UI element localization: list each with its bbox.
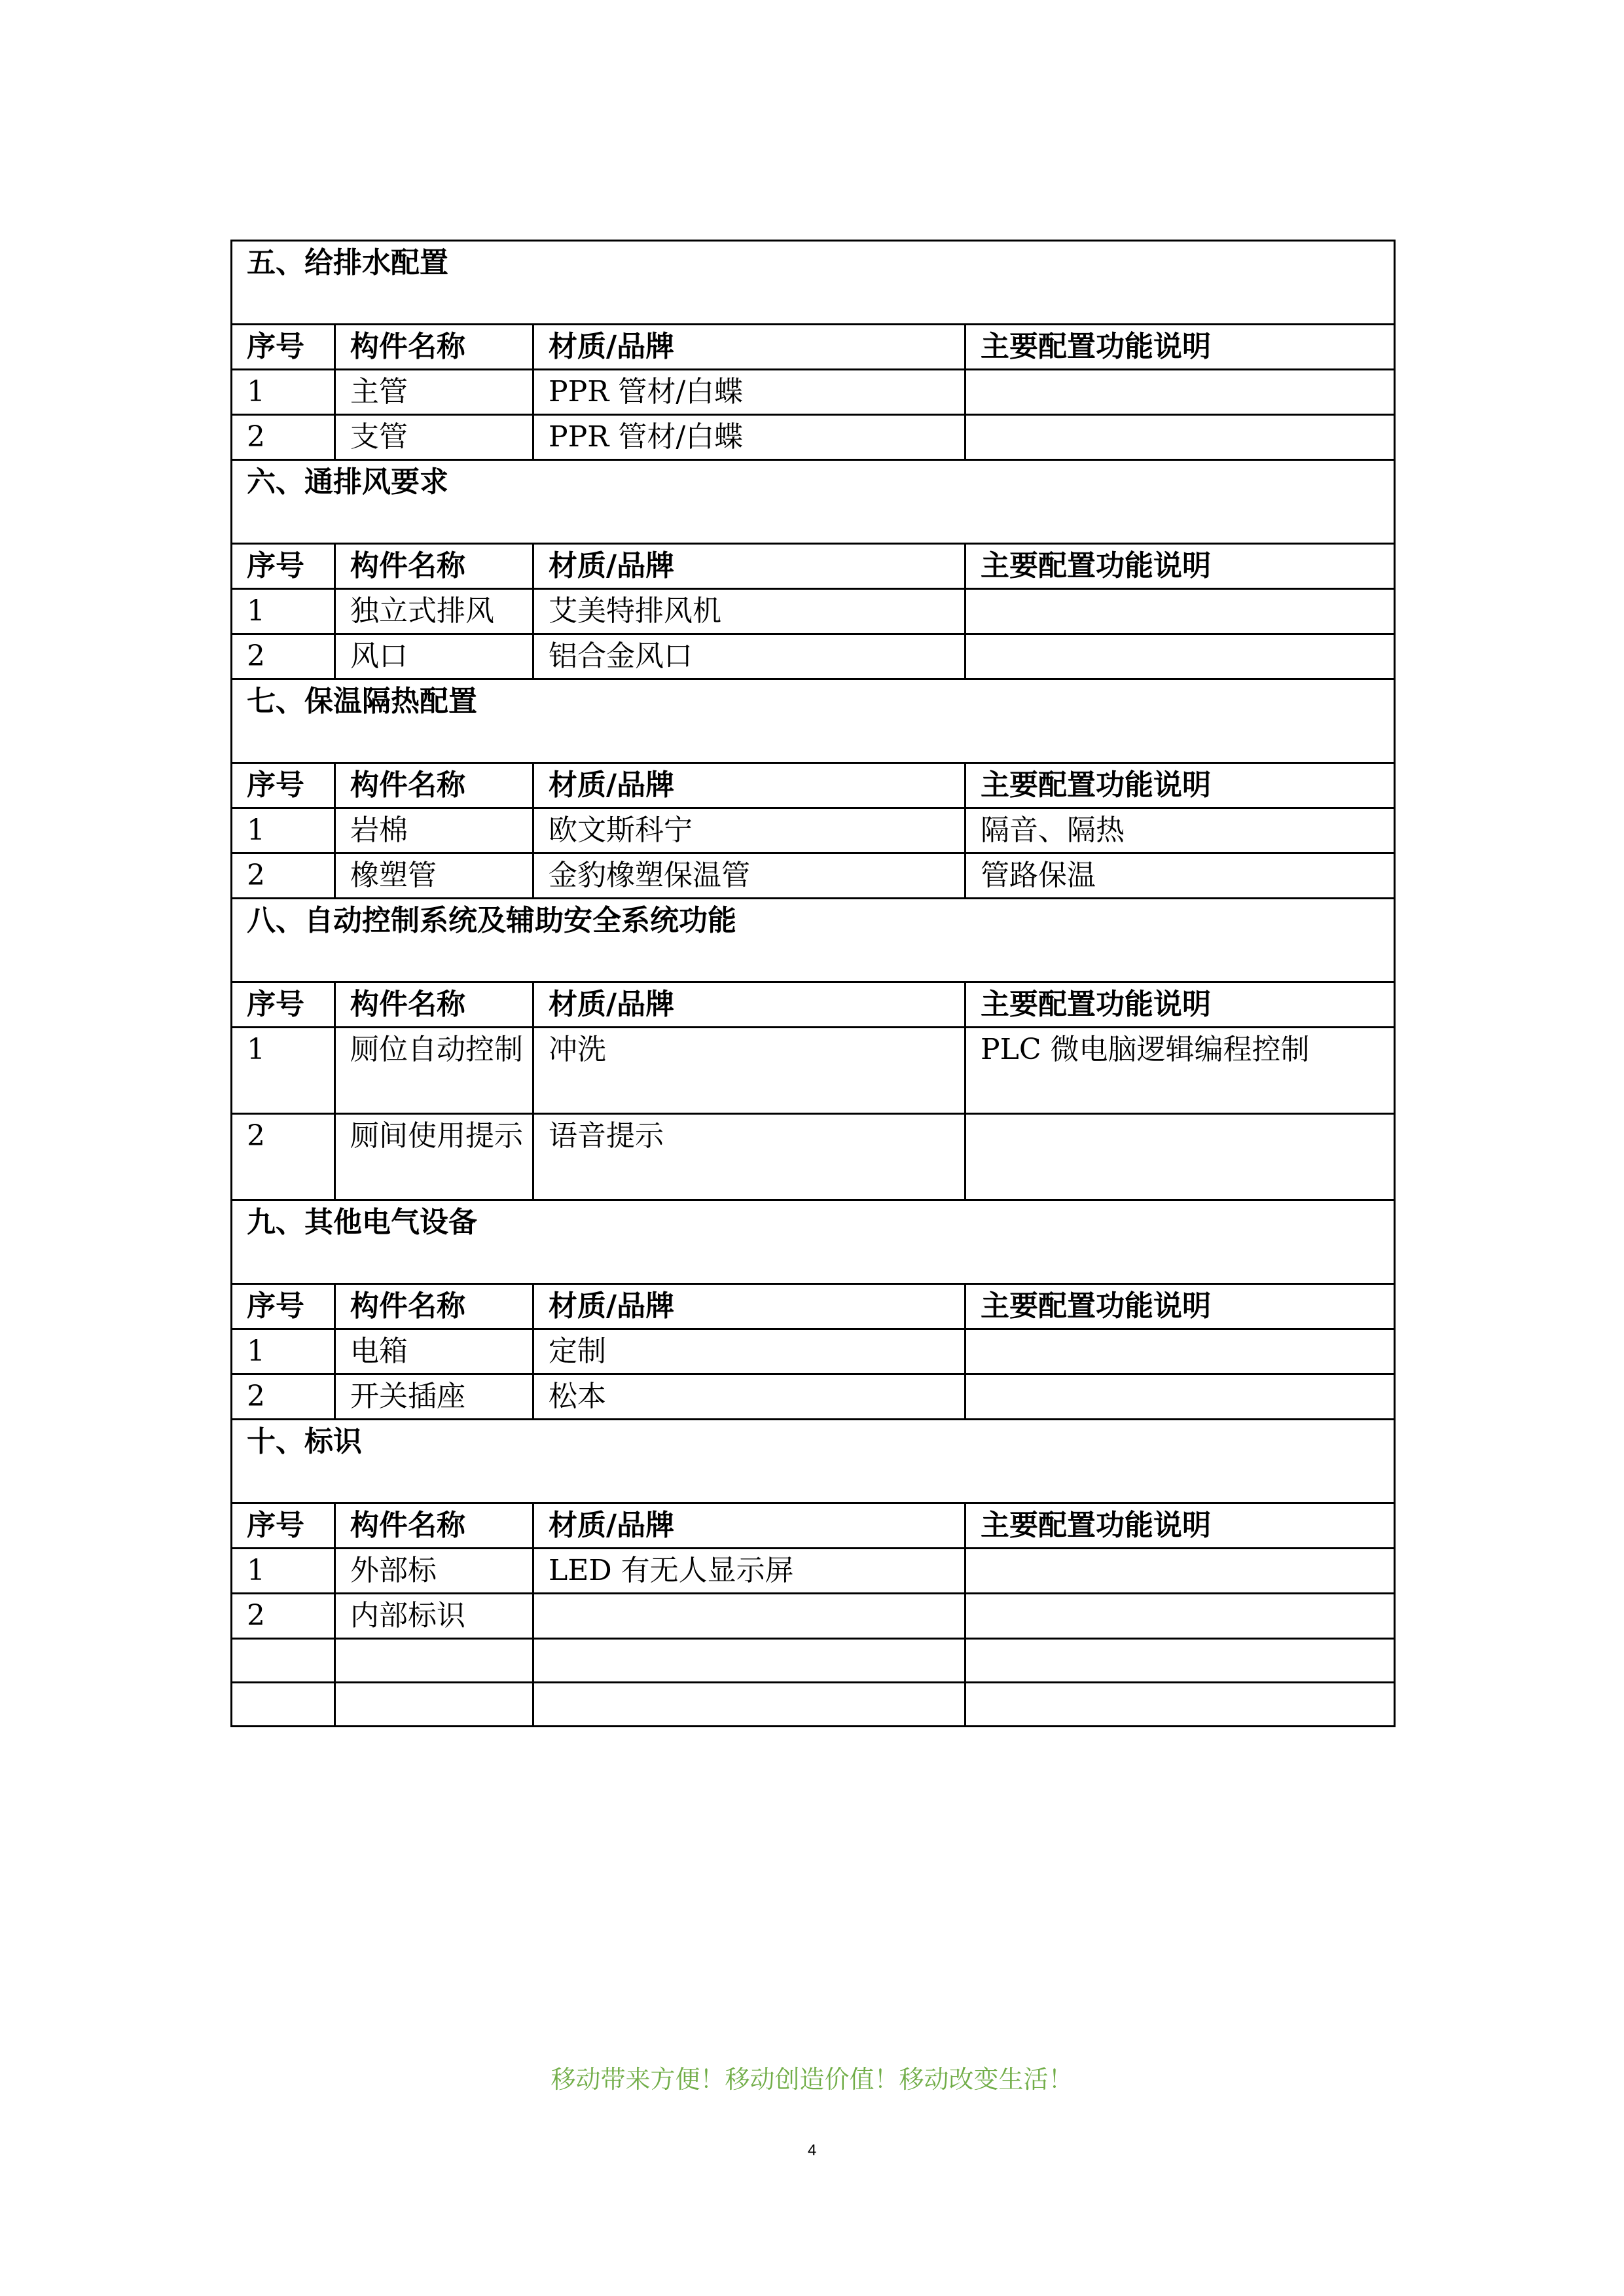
- header-index: 序号: [232, 1284, 335, 1329]
- table-row: 2 风口 铝合金风口: [232, 634, 1395, 679]
- table-row-empty: [232, 1683, 1395, 1727]
- header-material-brand: 材质/品牌: [533, 982, 965, 1028]
- section-title: 十、标识: [232, 1420, 1395, 1503]
- column-header-row: 序号 构件名称 材质/品牌 主要配置功能说明: [232, 1503, 1395, 1549]
- cell-function-description: [965, 415, 1395, 460]
- cell-index: 1: [232, 1549, 335, 1594]
- cell-function-description: [965, 370, 1395, 415]
- page-number: 4: [0, 2142, 1624, 2160]
- cell-index: 2: [232, 415, 335, 460]
- cell-component-name: 支管: [335, 415, 533, 460]
- section-title-row: 五、给排水配置: [232, 241, 1395, 325]
- cell-index: 2: [232, 1114, 335, 1200]
- section-title: 八、自动控制系统及辅助安全系统功能: [232, 899, 1395, 982]
- table-row: 2 内部标识: [232, 1594, 1395, 1639]
- cell-function-description: PLC 微电脑逻辑编程控制: [965, 1028, 1395, 1114]
- header-function-description: 主要配置功能说明: [965, 982, 1395, 1028]
- cell-component-name: 风口: [335, 634, 533, 679]
- section-title: 七、保温隔热配置: [232, 679, 1395, 763]
- cell-component-name: 外部标: [335, 1549, 533, 1594]
- header-function-description: 主要配置功能说明: [965, 1284, 1395, 1329]
- header-index: 序号: [232, 763, 335, 808]
- cell-material-brand: 金豹橡塑保温管: [533, 853, 965, 899]
- cell-index: [232, 1683, 335, 1727]
- table-row: 2 橡塑管 金豹橡塑保温管 管路保温: [232, 853, 1395, 899]
- table-row: 1 岩棉 欧文斯科宁 隔音、隔热: [232, 808, 1395, 853]
- header-component-name: 构件名称: [335, 325, 533, 370]
- cell-component-name: 岩棉: [335, 808, 533, 853]
- cell-material-brand: 松本: [533, 1374, 965, 1420]
- table-row: 2 厕间使用提示 语音提示: [232, 1114, 1395, 1200]
- table-row: 1 电箱 定制: [232, 1329, 1395, 1374]
- cell-material-brand: PPR 管材/白蝶: [533, 415, 965, 460]
- table-row: 2 开关插座 松本: [232, 1374, 1395, 1420]
- cell-index: 1: [232, 589, 335, 634]
- header-function-description: 主要配置功能说明: [965, 325, 1395, 370]
- cell-function-description: [965, 1374, 1395, 1420]
- cell-component-name: [335, 1683, 533, 1727]
- header-index: 序号: [232, 544, 335, 589]
- column-header-row: 序号 构件名称 材质/品牌 主要配置功能说明: [232, 544, 1395, 589]
- cell-component-name: 内部标识: [335, 1594, 533, 1639]
- cell-material-brand: 冲洗: [533, 1028, 965, 1114]
- cell-component-name: 独立式排风: [335, 589, 533, 634]
- cell-function-description: 管路保温: [965, 853, 1395, 899]
- header-component-name: 构件名称: [335, 1284, 533, 1329]
- document-page: 五、给排水配置 序号 构件名称 材质/品牌 主要配置功能说明 1 主管 PPR …: [0, 0, 1624, 2296]
- column-header-row: 序号 构件名称 材质/品牌 主要配置功能说明: [232, 763, 1395, 808]
- cell-index: 2: [232, 1374, 335, 1420]
- header-material-brand: 材质/品牌: [533, 763, 965, 808]
- cell-function-description: [965, 589, 1395, 634]
- table-row: 1 厕位自动控制 冲洗 PLC 微电脑逻辑编程控制: [232, 1028, 1395, 1114]
- cell-component-name: 橡塑管: [335, 853, 533, 899]
- cell-index: 1: [232, 808, 335, 853]
- cell-component-name: 厕位自动控制: [335, 1028, 533, 1114]
- cell-material-brand: 语音提示: [533, 1114, 965, 1200]
- header-index: 序号: [232, 1503, 335, 1549]
- section-title: 九、其他电气设备: [232, 1200, 1395, 1284]
- cell-material-brand: [533, 1683, 965, 1727]
- cell-material-brand: 定制: [533, 1329, 965, 1374]
- cell-component-name: [335, 1639, 533, 1683]
- table-row: 2 支管 PPR 管材/白蝶: [232, 415, 1395, 460]
- column-header-row: 序号 构件名称 材质/品牌 主要配置功能说明: [232, 1284, 1395, 1329]
- header-component-name: 构件名称: [335, 1503, 533, 1549]
- section-title-row: 六、通排风要求: [232, 460, 1395, 544]
- cell-component-name: 主管: [335, 370, 533, 415]
- cell-function-description: [965, 1549, 1395, 1594]
- cell-index: [232, 1639, 335, 1683]
- cell-function-description: [965, 1329, 1395, 1374]
- table-row: 1 独立式排风 艾美特排风机: [232, 589, 1395, 634]
- cell-component-name: 开关插座: [335, 1374, 533, 1420]
- cell-function-description: [965, 1683, 1395, 1727]
- header-component-name: 构件名称: [335, 544, 533, 589]
- configuration-table: 五、给排水配置 序号 构件名称 材质/品牌 主要配置功能说明 1 主管 PPR …: [230, 240, 1396, 1727]
- header-material-brand: 材质/品牌: [533, 1284, 965, 1329]
- header-material-brand: 材质/品牌: [533, 1503, 965, 1549]
- header-component-name: 构件名称: [335, 982, 533, 1028]
- header-function-description: 主要配置功能说明: [965, 763, 1395, 808]
- cell-function-description: [965, 1639, 1395, 1683]
- cell-material-brand: 艾美特排风机: [533, 589, 965, 634]
- cell-component-name: 电箱: [335, 1329, 533, 1374]
- section-title: 六、通排风要求: [232, 460, 1395, 544]
- cell-material-brand: 欧文斯科宁: [533, 808, 965, 853]
- header-function-description: 主要配置功能说明: [965, 1503, 1395, 1549]
- header-material-brand: 材质/品牌: [533, 325, 965, 370]
- cell-index: 2: [232, 634, 335, 679]
- cell-material-brand: 铝合金风口: [533, 634, 965, 679]
- column-header-row: 序号 构件名称 材质/品牌 主要配置功能说明: [232, 982, 1395, 1028]
- cell-index: 2: [232, 1594, 335, 1639]
- section-title-row: 八、自动控制系统及辅助安全系统功能: [232, 899, 1395, 982]
- cell-function-description: [965, 634, 1395, 679]
- cell-component-name: 厕间使用提示: [335, 1114, 533, 1200]
- table-row: 1 主管 PPR 管材/白蝶: [232, 370, 1395, 415]
- table-row: 1 外部标 LED 有无人显示屏: [232, 1549, 1395, 1594]
- cell-index: 1: [232, 370, 335, 415]
- cell-index: 2: [232, 853, 335, 899]
- section-title-row: 十、标识: [232, 1420, 1395, 1503]
- cell-function-description: [965, 1594, 1395, 1639]
- cell-function-description: 隔音、隔热: [965, 808, 1395, 853]
- cell-material-brand: PPR 管材/白蝶: [533, 370, 965, 415]
- section-title-row: 七、保温隔热配置: [232, 679, 1395, 763]
- cell-index: 1: [232, 1329, 335, 1374]
- table-row-empty: [232, 1639, 1395, 1683]
- column-header-row: 序号 构件名称 材质/品牌 主要配置功能说明: [232, 325, 1395, 370]
- section-title: 五、给排水配置: [232, 241, 1395, 325]
- header-index: 序号: [232, 325, 335, 370]
- section-title-row: 九、其他电气设备: [232, 1200, 1395, 1284]
- cell-material-brand: LED 有无人显示屏: [533, 1549, 965, 1594]
- header-material-brand: 材质/品牌: [533, 544, 965, 589]
- cell-material-brand: [533, 1594, 965, 1639]
- cell-function-description: [965, 1114, 1395, 1200]
- cell-index: 1: [232, 1028, 335, 1114]
- footer-slogan: 移动带来方便！移动创造价值！移动改变生活！: [0, 2059, 1624, 2095]
- header-index: 序号: [232, 982, 335, 1028]
- cell-material-brand: [533, 1639, 965, 1683]
- header-component-name: 构件名称: [335, 763, 533, 808]
- header-function-description: 主要配置功能说明: [965, 544, 1395, 589]
